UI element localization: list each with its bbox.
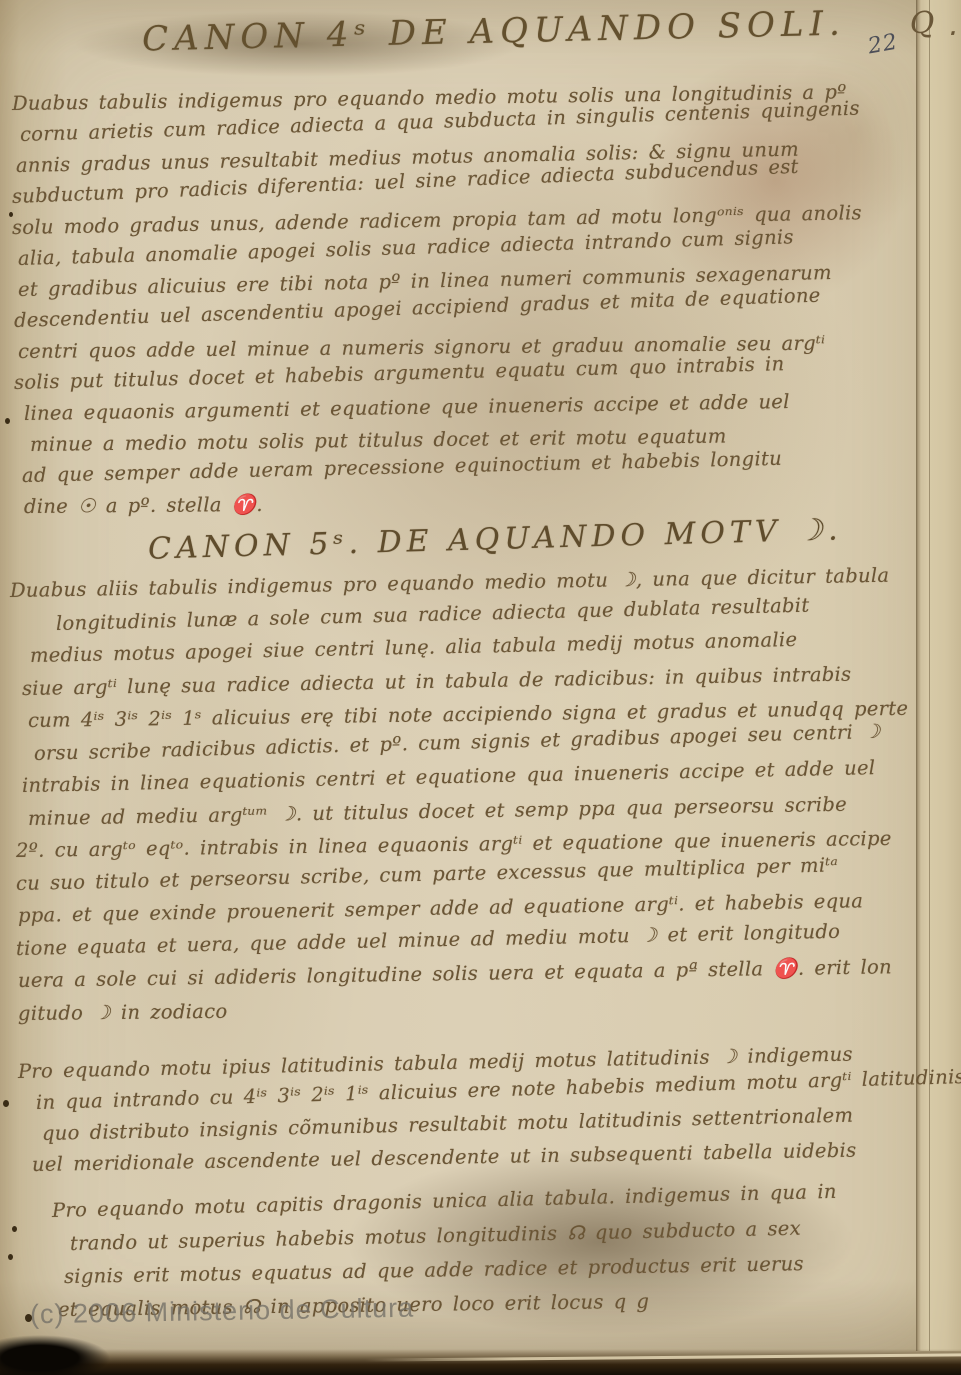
dark-corner: [0, 1335, 110, 1375]
manuscript-page: CANON 4ˢ DE AQUANDO SOLI.Q ⋰ 22 Duabus t…: [0, 0, 961, 1375]
book-bottom-edge: [0, 1349, 961, 1375]
ink-dot: [9, 212, 13, 217]
ink-dot: [25, 1314, 32, 1322]
ink-dot: [3, 1100, 9, 1107]
ink-dot: [5, 418, 10, 424]
canon4-heading: CANON 4ˢ DE AQUANDO SOLI.: [142, 4, 847, 60]
folio-number: 22: [866, 30, 900, 60]
ink-dot: [8, 1254, 13, 1260]
ink-dot: [12, 1226, 17, 1232]
paragraph-canon5: Duabus aliis tabulis indigemus pro equan…: [10, 575, 930, 1030]
paragraph-latitude: Pro equando motu ipius latitudinis tabul…: [10, 1056, 930, 1180]
paragraph-canon4: Duabus tabulis indigemus pro equando med…: [10, 88, 930, 522]
heading-flourish: Q ⋰: [909, 4, 961, 41]
canon4-heading-row: CANON 4ˢ DE AQUANDO SOLI.Q ⋰: [142, 0, 961, 59]
